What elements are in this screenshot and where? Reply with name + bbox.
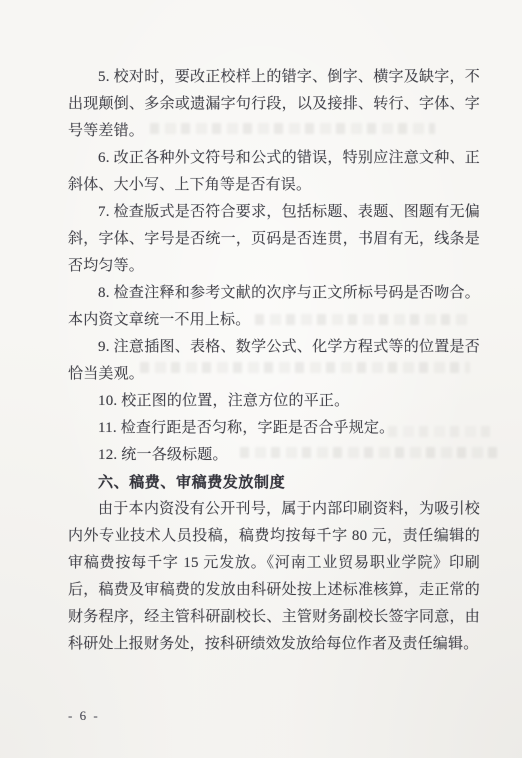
numbered-item-9: 9. 注意插图、表格、数学公式、化学方程式等的位置是否恰当美观。 [68,334,480,388]
numbered-item-10: 10. 校正图的位置，注意方位的平正。 [68,388,480,415]
document-page: 5. 校对时，要改正校样上的错字、倒字、横字及缺字，不出现颠倒、多余或遗漏字句行… [0,0,522,758]
body-paragraph: 由于本内资没有公开刊号，属于内部印刷资料，为吸引校内外专业技术人员投稿，稿费均按… [68,496,480,658]
document-body: 5. 校对时，要改正校样上的错字、倒字、横字及缺字，不出现颠倒、多余或遗漏字句行… [68,64,480,658]
numbered-item-8: 8. 检查注释和参考文献的次序与正文所标号码是否吻合。本内资文章统一不用上标。 [68,280,480,334]
section-heading: 六、稿费、审稿费发放制度 [68,469,480,496]
numbered-item-11: 11. 检查行距是否匀称，字距是否合乎规定。 [68,415,480,442]
numbered-item-7: 7. 检查版式是否符合要求，包括标题、表题、图题有无偏斜，字体、字号是否统一，页… [68,199,480,280]
page-number: - 6 - [68,704,100,728]
numbered-item-6: 6. 改正各种外文符号和公式的错误，特别应注意文种、正斜体、大小写、上下角等是否… [68,145,480,199]
numbered-item-5: 5. 校对时，要改正校样上的错字、倒字、横字及缺字，不出现颠倒、多余或遗漏字句行… [68,64,480,145]
numbered-item-12: 12. 统一各级标题。 [68,442,480,469]
